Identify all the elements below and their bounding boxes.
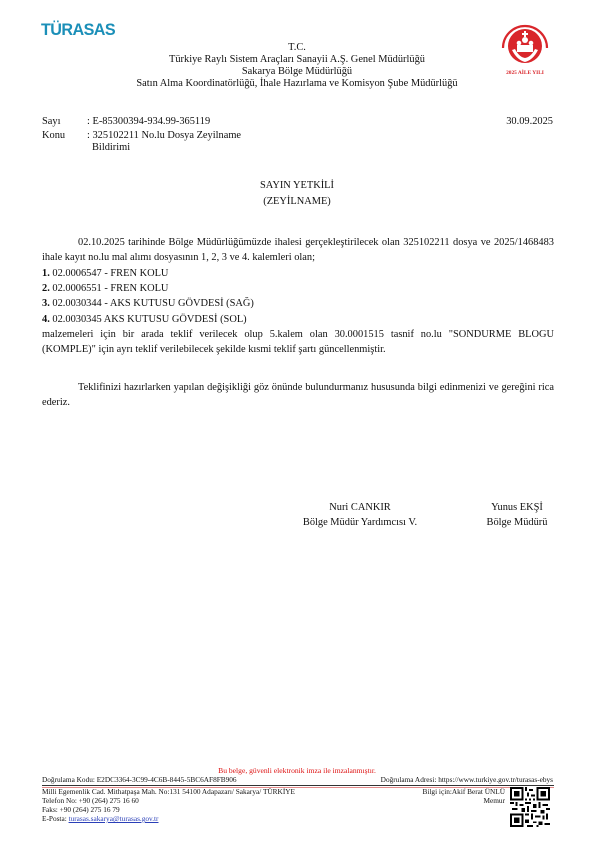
list-item: 2. 02.0006551 - FREN KOLU <box>42 281 554 296</box>
signer-title: Bölge Müdürü <box>462 515 572 530</box>
turasas-logo: TÜRASAS <box>41 20 115 40</box>
qr-code-icon <box>510 787 550 827</box>
info-title: Memur <box>484 797 505 806</box>
signature-director: Yunus EKŞİ Bölge Müdürü <box>462 500 572 530</box>
signer-name: Yunus EKŞİ <box>462 500 572 515</box>
sayi-label: Sayı <box>42 116 60 129</box>
item-list: 1. 02.0006547 - FREN KOLU 2. 02.0006551 … <box>42 266 554 327</box>
email-label: E-Posta: <box>42 814 69 823</box>
footer-email-row: E-Posta: turasas.sakarya@turasas.gov.tr <box>42 815 159 824</box>
esign-notice: Bu belge, güvenli elektronik imza ile im… <box>0 766 594 775</box>
list-item: 1. 02.0006547 - FREN KOLU <box>42 266 554 281</box>
signer-title: Bölge Müdür Yardımcısı V. <box>280 515 440 530</box>
document-date: 30.09.2025 <box>506 116 553 129</box>
header-line-department: Satın Alma Koordinatörlüğü, İhale Hazırl… <box>0 78 594 91</box>
salutation-subtitle: (ZEYİLNAME) <box>0 196 594 209</box>
signer-name: Nuri CANKIR <box>280 500 440 515</box>
email-link[interactable]: turasas.sakarya@turasas.gov.tr <box>69 814 159 823</box>
konu-value-cont: Bildirimi <box>92 142 130 155</box>
konu-value: : 325102211 No.lu Dosya Zeyilname <box>87 130 241 143</box>
header-line-region: Sakarya Bölge Müdürlüğü <box>0 66 594 79</box>
verification-code: Doğrulama Kodu: E2DC3364-3C99-4C6B-8445-… <box>42 776 237 785</box>
body-paragraph-2: malzemeleri için bir arada teklif verile… <box>42 327 554 357</box>
body-paragraph-3: Teklifinizi hazırlarken yapılan değişikl… <box>42 380 554 410</box>
signature-deputy: Nuri CANKIR Bölge Müdür Yardımcısı V. <box>280 500 440 530</box>
body-paragraph-1: 02.10.2025 tarihinde Bölge Müdürlüğümüzd… <box>42 235 554 265</box>
konu-label: Konu <box>42 130 65 143</box>
header-line-company: Türkiye Raylı Sistem Araçları Sanayii A.… <box>0 54 594 67</box>
list-item: 3. 02.0030344 - AKS KUTUSU GÖVDESİ (SAĞ) <box>42 296 554 311</box>
verification-address: Doğrulama Adresi: https://www.turkiye.go… <box>381 776 553 785</box>
header-line-tc: T.C. <box>0 42 594 55</box>
list-item: 4. 02.0030345 AKS KUTUSU GÖVDESİ (SOL) <box>42 312 554 327</box>
sayi-value: : E-85300394-934.99-365119 <box>87 116 210 129</box>
salutation: SAYIN YETKİLİ <box>0 180 594 193</box>
